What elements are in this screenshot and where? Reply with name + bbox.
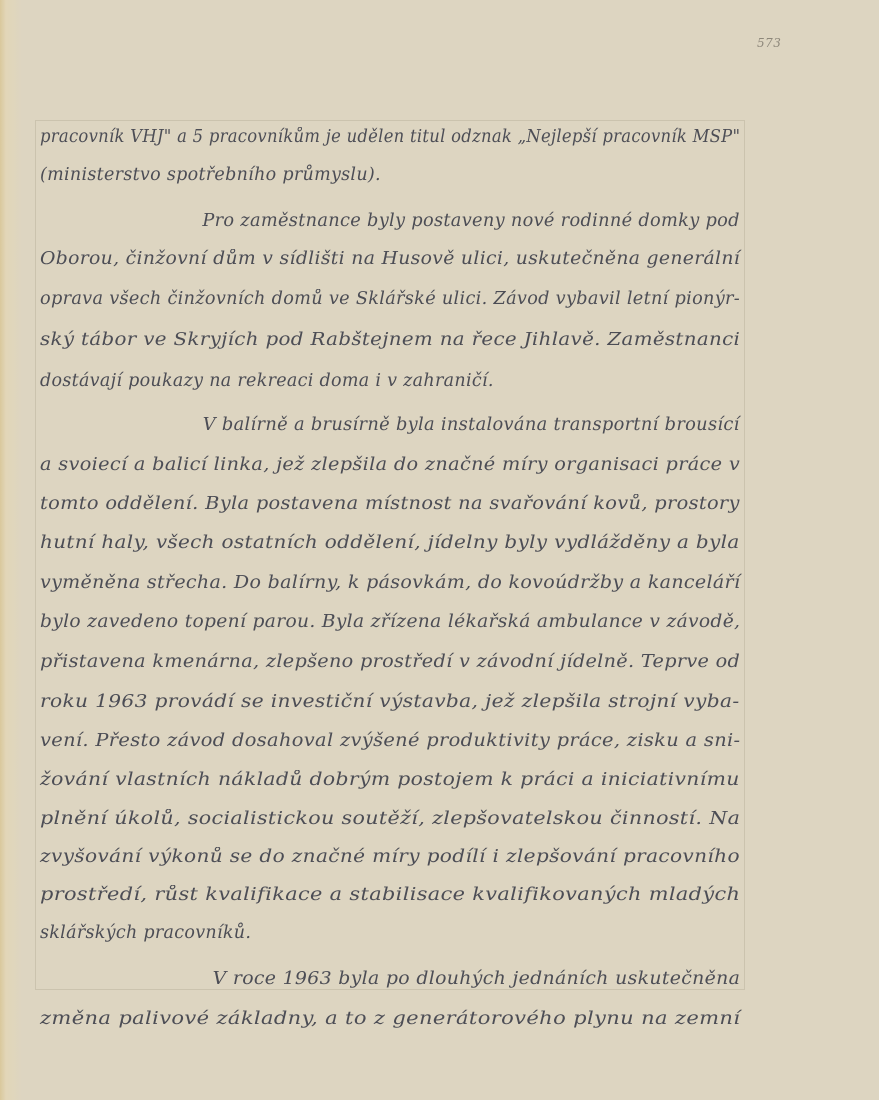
text-line: ský tábor ve Skryjích pod Rabštejnem na … — [40, 330, 740, 360]
text-line-paragraph-start: Pro zaměstnance byly postaveny nové rodi… — [40, 211, 740, 241]
text-line: hutní haly, všech ostatních oddělení, jí… — [40, 533, 740, 563]
text-line: vyměněna střecha. Do balírny, k pásovkám… — [40, 573, 740, 603]
text-line: pracovník VHJ" a 5 pracovníkům je udělen… — [40, 127, 740, 157]
text-line: prostředí, růst kvalifikace a stabilisac… — [40, 885, 740, 915]
text-line: (ministerstvo spotřebního průmyslu). — [40, 165, 381, 195]
text-line-paragraph-start: V balírně a brusírně byla instalována tr… — [40, 415, 740, 445]
text-line: bylo zavedeno topení parou. Byla zřízena… — [40, 612, 740, 642]
text-line: vení. Přesto závod dosahoval zvýšené pro… — [40, 731, 740, 761]
text-line: oprava všech činžovních domů ve Sklářské… — [40, 289, 740, 319]
text-line: dostávají poukazy na rekreaci doma i v z… — [40, 371, 494, 401]
text-line: Oborou, činžovní dům v sídlišti na Husov… — [40, 249, 740, 279]
text-line: tomto oddělení. Byla postavena místnost … — [40, 494, 740, 524]
text-line: přistavena kmenárna, zlepšeno prostředí … — [40, 652, 740, 682]
page-number: 573 — [757, 36, 781, 50]
text-line: sklářských pracovníků. — [40, 923, 251, 953]
text-line: žování vlastních nákladů dobrým postojem… — [40, 770, 740, 800]
text-line: plnění úkolů, socialistickou soutěží, zl… — [40, 809, 740, 839]
text-line: změna palivové základny, a to z generáto… — [40, 1009, 740, 1039]
text-line: roku 1963 provádí se investiční výstavba… — [40, 692, 739, 722]
text-line: a svoiecí a balicí linka, jež zlepšila d… — [40, 455, 740, 485]
text-line-paragraph-start: V roce 1963 byla po dlouhých jednáních u… — [40, 969, 740, 999]
text-line: zvyšování výkonů se do značné míry podíl… — [40, 847, 740, 877]
